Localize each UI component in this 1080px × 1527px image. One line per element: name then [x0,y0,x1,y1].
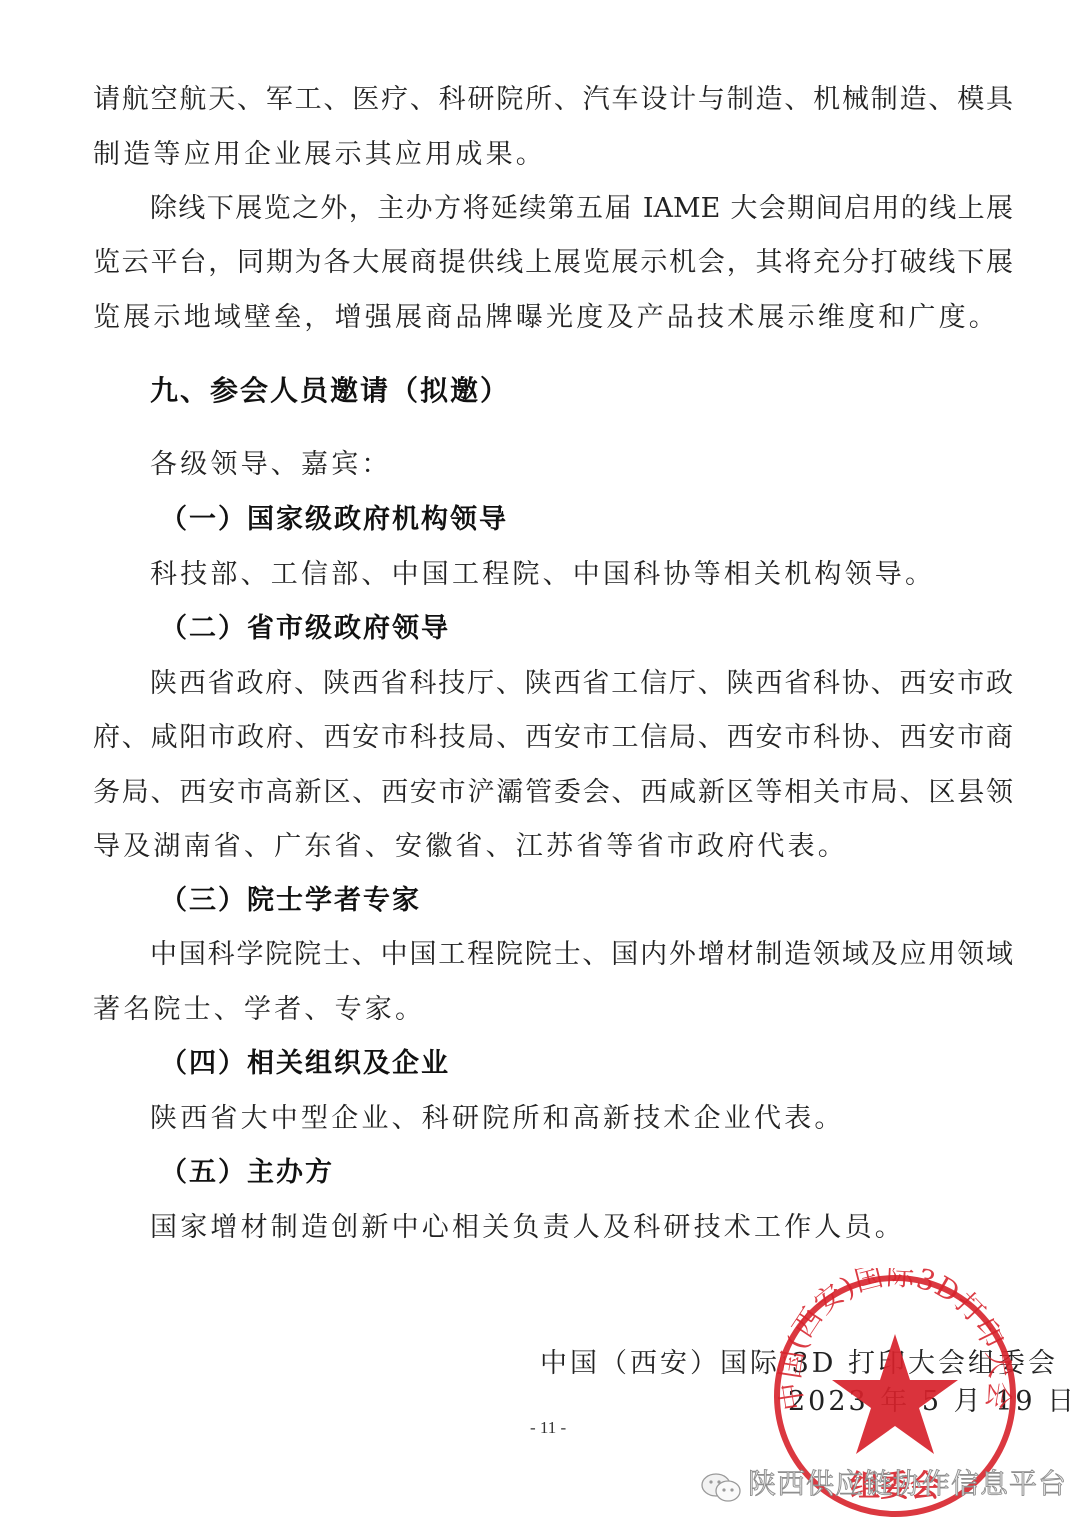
subsection-line: 著名院士、学者、专家。 [93,992,425,1028]
subsection-title-national: （一）国家级政府机构领导 [160,502,508,538]
page-number: - 11 - [530,1418,566,1438]
subsection-line: 府、咸阳市政府、西安市科技局、西安市工信局、西安市科协、西安市商 [93,720,1013,756]
signature-date: 2023 年 5 月 19 日 [788,1384,1077,1420]
subsection-line: 科技部、工信部、中国工程院、中国科协等相关机构领导。 [150,557,935,593]
watermark-text: 陕西供应链协作信息平台 [748,1466,1067,1502]
subsection-line: 导及湖南省、广东省、安徽省、江苏省等省市政府代表。 [93,829,848,865]
guests-intro: 各级领导、嘉宾： [150,447,392,483]
wechat-icon [700,1472,744,1504]
section-heading: 九、参会人员邀请（拟邀） [150,373,510,409]
paragraph-line: 请航空航天、军工、医疗、科研院所、汽车设计与制造、机械制造、模具 [93,82,1013,118]
paragraph-line: 览展示地域壁垒，增强展商品牌曝光度及产品技术展示维度和广度。 [93,300,999,336]
signature-organization: 中国（西安）国际 3D 打印大会组委会 [540,1346,1058,1382]
paragraph-line: 制造等应用企业展示其应用成果。 [93,137,546,173]
subsection-title-organizations: （四）相关组织及企业 [160,1046,450,1082]
subsection-title-academicians: （三）院士学者专家 [160,883,421,919]
paragraph-line: 除线下展览之外，主办方将延续第五届 IAME 大会期间启用的线上展 [150,191,1013,227]
subsection-title-host: （五）主办方 [160,1155,334,1191]
subsection-line: 国家增材制造创新中心相关负责人及科研技术工作人员。 [150,1210,905,1246]
subsection-line: 务局、西安市高新区、西安市浐灞管委会、西咸新区等相关市局、区县领 [93,775,1013,811]
subsection-line: 陕西省政府、陕西省科技厅、陕西省工信厅、陕西省科协、西安市政 [150,666,1013,702]
subsection-title-provincial: （二）省市级政府领导 [160,611,450,647]
subsection-line: 陕西省大中型企业、科研院所和高新技术企业代表。 [150,1101,845,1137]
paragraph-line: 览云平台，同期为各大展商提供线上展览展示机会，其将充分打破线下展 [93,245,1013,281]
subsection-line: 中国科学院院士、中国工程院院士、国内外增材制造领域及应用领域 [150,937,1013,973]
